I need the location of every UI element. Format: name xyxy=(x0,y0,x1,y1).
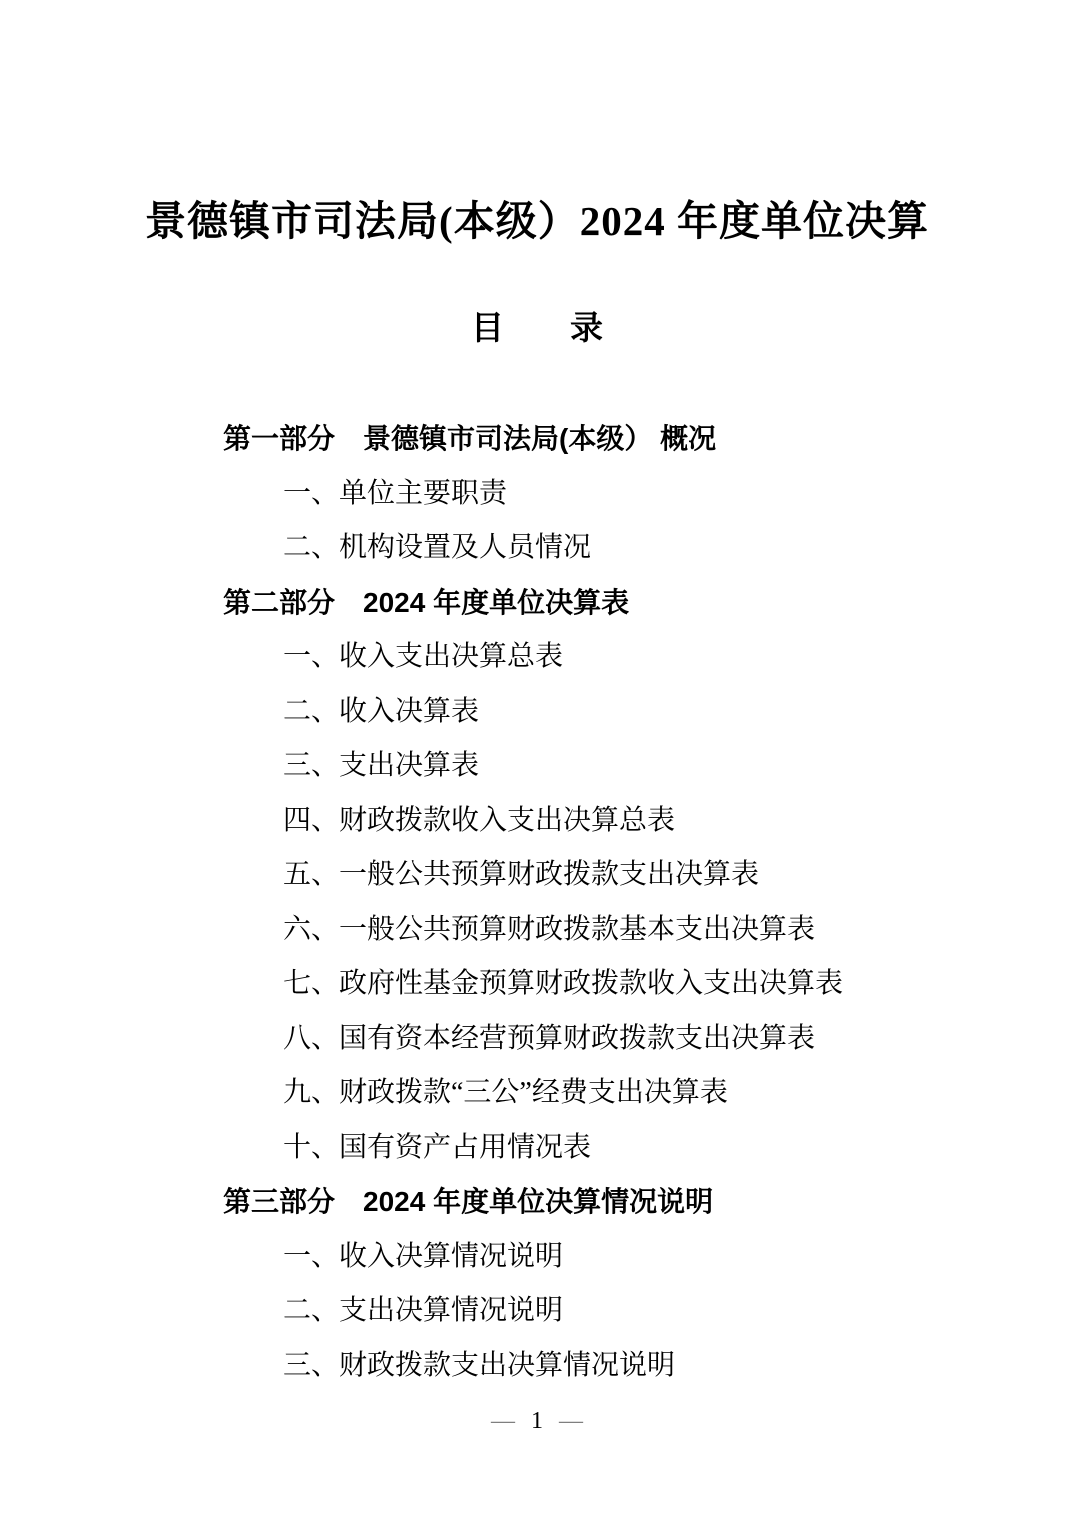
toc-item: 五、一般公共预算财政拨款支出决算表 xyxy=(223,848,983,903)
toc-item: 二、收入决算表 xyxy=(223,685,983,740)
toc-item: 二、支出决算情况说明 xyxy=(223,1284,983,1339)
toc-item: 一、单位主要职责 xyxy=(223,467,983,522)
table-of-contents: 第一部分 景德镇市司法局(本级） 概况 一、单位主要职责 二、机构设置及人员情况… xyxy=(223,412,983,1393)
toc-item: 一、收入决算情况说明 xyxy=(223,1230,983,1285)
document-page: 景德镇市司法局(本级）2024 年度单位决算 目 录 第一部分 景德镇市司法局(… xyxy=(0,0,1074,1520)
toc-heading: 目 录 xyxy=(0,302,1074,349)
toc-part-1-heading: 第一部分 景德镇市司法局(本级） 概况 xyxy=(223,412,983,467)
toc-part-2-heading: 第二部分 2024 年度单位决算表 xyxy=(223,576,983,631)
page-number: 1 xyxy=(531,1408,543,1434)
footer-dash-left: — xyxy=(491,1408,515,1434)
page-footer: —1— xyxy=(0,1408,1074,1435)
toc-item: 二、机构设置及人员情况 xyxy=(223,521,983,576)
toc-item: 一、收入支出决算总表 xyxy=(223,630,983,685)
document-title: 景德镇市司法局(本级）2024 年度单位决算 xyxy=(0,188,1074,247)
toc-item: 三、财政拨款支出决算情况说明 xyxy=(223,1339,983,1394)
toc-item: 六、一般公共预算财政拨款基本支出决算表 xyxy=(223,903,983,958)
toc-item: 四、财政拨款收入支出决算总表 xyxy=(223,794,983,849)
toc-item: 三、支出决算表 xyxy=(223,739,983,794)
toc-part-3-heading: 第三部分 2024 年度单位决算情况说明 xyxy=(223,1175,983,1230)
footer-dash-right: — xyxy=(559,1408,583,1434)
toc-item: 八、国有资本经营预算财政拨款支出决算表 xyxy=(223,1012,983,1067)
toc-item: 九、财政拨款“三公”经费支出决算表 xyxy=(223,1066,983,1121)
toc-item: 十、国有资产占用情况表 xyxy=(223,1121,983,1176)
toc-item: 七、政府性基金预算财政拨款收入支出决算表 xyxy=(223,957,983,1012)
